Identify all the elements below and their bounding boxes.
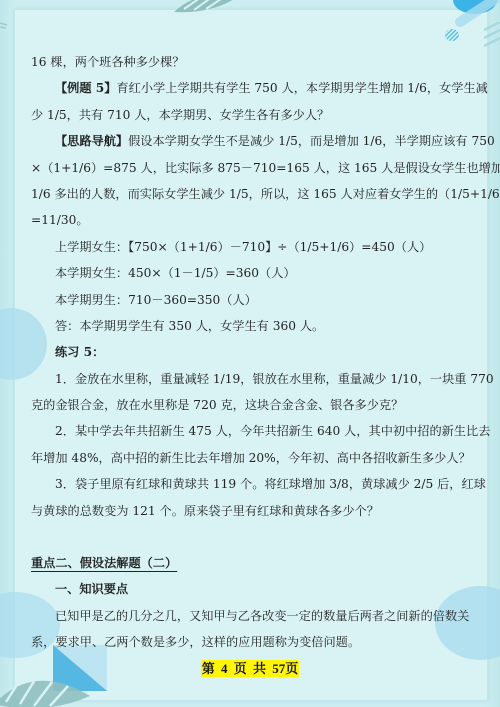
text-line: =11/30。 (31, 207, 461, 233)
spacer (31, 524, 461, 550)
striped-dot-decoration (444, 28, 460, 42)
text-line: ×（1+1/6）=875 人，比实际多 875－710=165 人，这 165 … (31, 155, 461, 181)
stripes-right-decoration (484, 22, 500, 52)
practice-title: 练习 5： (31, 339, 461, 365)
practice-item: 2．某中学去年共招新生 475 人，今年共招新生 640 人，其中初中招的新生比… (31, 418, 461, 444)
leaf-top-decoration (170, 0, 240, 16)
example-5-line: 【例题 5】育红小学上学期共有学生 750 人，本学期男学生增加 1/6，女学生… (31, 75, 461, 101)
practice-item: 与黄球的总数变为 121 个。原来袋子里有红球和黄球各多少个？ (31, 498, 461, 524)
calculation-line: 本学期女生：450×（1－1/5）=360（人） (31, 260, 461, 286)
calculation-line: 本学期男生：710－360=350（人） (31, 287, 461, 313)
calculation-line: 上学期女生：【750×（1+1/6）－710】÷（1/5+1/6）=450（人） (31, 234, 461, 260)
text-line: 育红小学上学期共有学生 750 人，本学期男学生增加 1/6，女学生减 (116, 81, 487, 95)
practice-item: 1．金放在水里称，重量减轻 1/19，银放在水里称，重量减少 1/10，一块重 … (31, 366, 461, 392)
section-text-line: 已知甲是乙的几分之几，又知甲与乙各改变一定的数量后两者之间新的倍数关 (31, 603, 461, 629)
section-heading: 重点二、假设法解题（二） (31, 550, 461, 576)
solution-hint-line: 【思路导航】假设本学期女学生不是减少 1/5，而是增加 1/6，半学期应该有 7… (31, 128, 461, 154)
text-line: 16 棵，两个班各种多少棵？ (31, 49, 461, 75)
document-body: 16 棵，两个班各种多少棵？ 【例题 5】育红小学上学期共有学生 750 人，本… (31, 49, 461, 656)
small-mark-left-decoration (0, 20, 10, 30)
page-number: 第 4 页 共 57页 (201, 660, 300, 677)
practice-item: 克的金银合金，放在水里称是 720 克，这块合金含金、银各多少克？ (31, 392, 461, 418)
practice-item: 年增加 48%，高中招的新生比去年增加 20%，今年初、高中各招收新生多少人？ (31, 445, 461, 471)
solution-hint-label: 【思路导航】 (55, 134, 128, 148)
page-footer: 第 4 页 共 57页 (0, 658, 500, 677)
text-line: 1/6 多出的人数，而实际女学生减少 1/5，所以，这 165 人对应着女学生的… (31, 181, 461, 207)
section-subheading: 一、知识要点 (31, 576, 461, 602)
text-line: 假设本学期女学生不是减少 1/5，而是增加 1/6，半学期应该有 750 (128, 134, 495, 148)
text-line: 少 1/5，共有 710 人，本学期男、女学生各有多少人？ (31, 102, 461, 128)
practice-item: 3．袋子里原有红球和黄球共 119 个。将红球增加 3/8，黄球减少 2/5 后… (31, 471, 461, 497)
section-text-line: 系，要求甲、乙两个数是多少，这样的应用题称为变倍问题。 (31, 629, 461, 655)
answer-line: 答：本学期男学生有 350 人，女学生有 360 人。 (31, 313, 461, 339)
example-label: 【例题 5】 (55, 81, 116, 95)
